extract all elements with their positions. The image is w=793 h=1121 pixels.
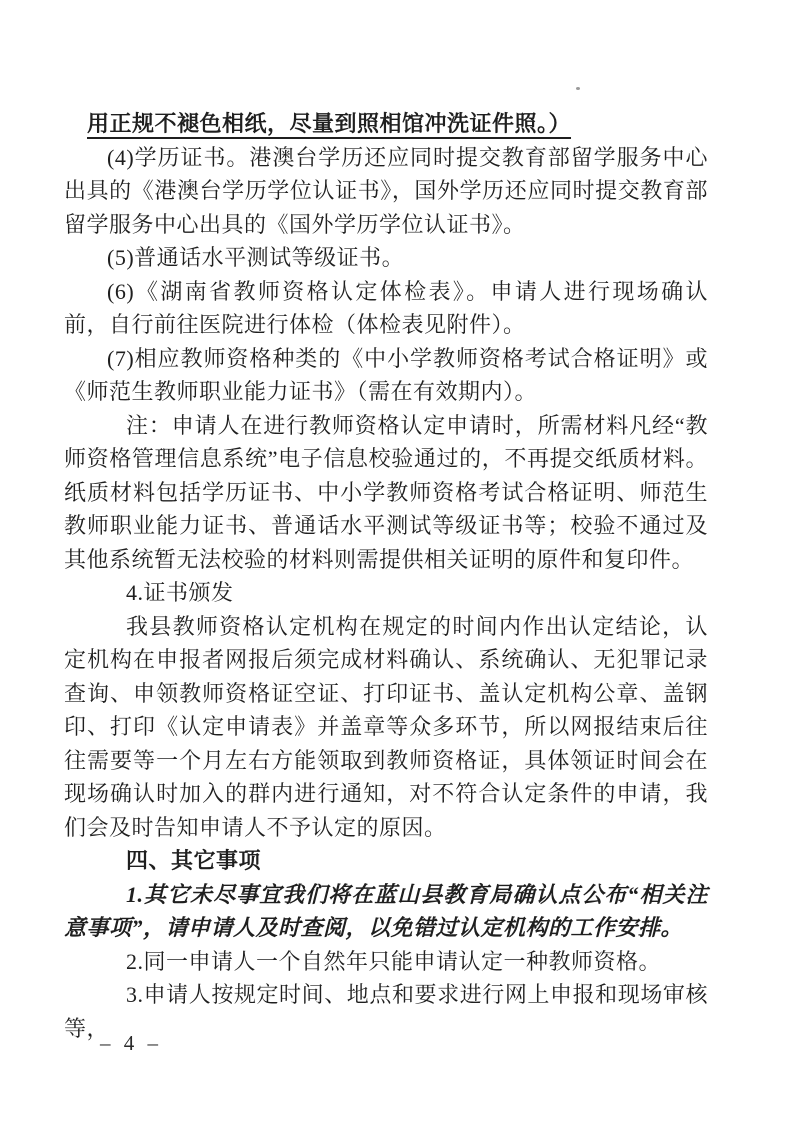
document-body: 用正规不褪色相纸，尽量到照相馆冲洗证件照。） (4)学历证书。港澳台学历还应同时…	[64, 107, 708, 1045]
paragraph-certificate-issuance-process: 我县教师资格认定机构在规定的时间内作出认定结论，认定机构在申报者网报后须完成材料…	[64, 610, 708, 845]
item-5-putonghua-certificate: (5)普通话水平测试等级证书。	[64, 241, 708, 275]
scan-artifact-speck	[576, 87, 580, 90]
item-7-exam-pass-certificate: (7)相应教师资格种类的《中小学教师资格考试合格证明》或《师范生教师职业能力证书…	[64, 342, 708, 409]
item-2-one-application-per-year: 2.同一申请人一个自然年只能申请认定一种教师资格。	[64, 945, 708, 979]
item-4-degree-certificates: (4)学历证书。港澳台学历还应同时提交教育部留学服务中心出具的《港澳台学历学位认…	[64, 141, 708, 242]
scanned-document-page: 用正规不褪色相纸，尽量到照相馆冲洗证件照。） (4)学历证书。港澳台学历还应同时…	[0, 0, 793, 1121]
paragraph-photo-note-continuation: 用正规不褪色相纸，尽量到照相馆冲洗证件照。）	[64, 107, 708, 141]
item-6-physical-exam-form: (6)《湖南省教师资格认定体检表》。申请人进行现场确认前，自行前往医院进行体检（…	[64, 275, 708, 342]
page-number: – 4 –	[100, 1031, 162, 1056]
note-materials-verification: 注：申请人在进行教师资格认定申请时，所需材料凡经“教师资格管理信息系统”电子信息…	[64, 409, 708, 577]
item-1-other-matters-announcement: 1.其它未尽事宜我们将在蓝山县教育局确认点公布“相关注意事项”，请申请人及时查阅…	[64, 878, 708, 945]
subheading-certificate-issuance: 4.证书颁发	[64, 576, 708, 610]
heading-section-4-other-matters: 四、其它事项	[64, 844, 708, 878]
